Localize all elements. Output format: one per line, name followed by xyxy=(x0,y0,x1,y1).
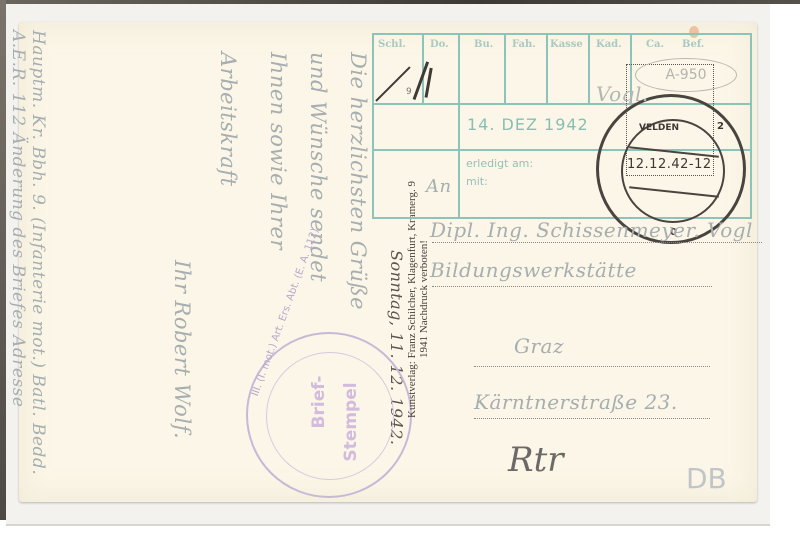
postmark-date: 12.12.42-12 xyxy=(627,157,712,172)
margin-note-2: A.E.R. 112 Änderung des Briefes Adresse xyxy=(8,30,28,407)
postmark-sector: 2 xyxy=(717,121,724,132)
address-rule xyxy=(474,418,710,419)
margin-note-1: Hauptm. Kr. Bbh. 9. (Infanterie mot.) Ba… xyxy=(28,30,48,475)
address-line-2: Bildungswerkstätte xyxy=(430,258,637,282)
address-salutation: An xyxy=(426,176,452,197)
with-label: mit: xyxy=(466,175,488,188)
table-column-line xyxy=(588,35,590,103)
address-line-1: Dipl. Ing. Schissenmeyer. Vogl xyxy=(430,218,753,242)
done-label: erledigt am: xyxy=(466,157,533,170)
corner-number: 9 xyxy=(406,87,412,97)
column-header: Kad. xyxy=(596,39,622,50)
address-rule xyxy=(432,242,762,243)
column-header: Fah. xyxy=(512,39,536,50)
address-rule xyxy=(432,286,712,287)
signature: Rtr xyxy=(508,440,564,480)
column-header: Kasse xyxy=(550,39,583,50)
unit-stamp-inner-ring xyxy=(266,352,394,480)
message-line-4: Arbeitskraft xyxy=(216,52,240,187)
table-column-line xyxy=(504,35,506,103)
message-line-3: Ihnen sowie Ihrer xyxy=(266,52,290,250)
message-signature: Ihr Robert Wolf. xyxy=(170,260,194,439)
unit-stamp-center-line-1: Brief- xyxy=(309,321,329,483)
column-header: Ca. xyxy=(646,39,664,50)
address-line-3: Graz xyxy=(514,334,564,358)
unit-stamp-center-line-2: Stempel xyxy=(341,341,361,503)
reference-oval: A-950 xyxy=(635,58,737,92)
received-date-stamp: 14. DEZ 1942 xyxy=(467,115,589,134)
pencil-note: Vogl. xyxy=(596,82,649,106)
address-line-4: Kärntnerstraße 23. xyxy=(474,390,678,414)
unit-stamp: III. (I. mot.) Art. Ers. Abt. (E. A. 112… xyxy=(246,332,412,498)
column-header: Do. xyxy=(430,39,449,50)
address-rule xyxy=(474,366,710,367)
column-header: Bu. xyxy=(474,39,493,50)
column-header: Schl. xyxy=(378,39,406,50)
message-line-1: Die herzlichsten Grüße xyxy=(346,52,370,310)
column-header: Bef. xyxy=(682,39,704,50)
table-column-line xyxy=(458,35,460,217)
table-column-line xyxy=(546,35,548,103)
postmark-town: VELDEN xyxy=(639,123,679,133)
pencil-initials: DB xyxy=(686,462,727,495)
